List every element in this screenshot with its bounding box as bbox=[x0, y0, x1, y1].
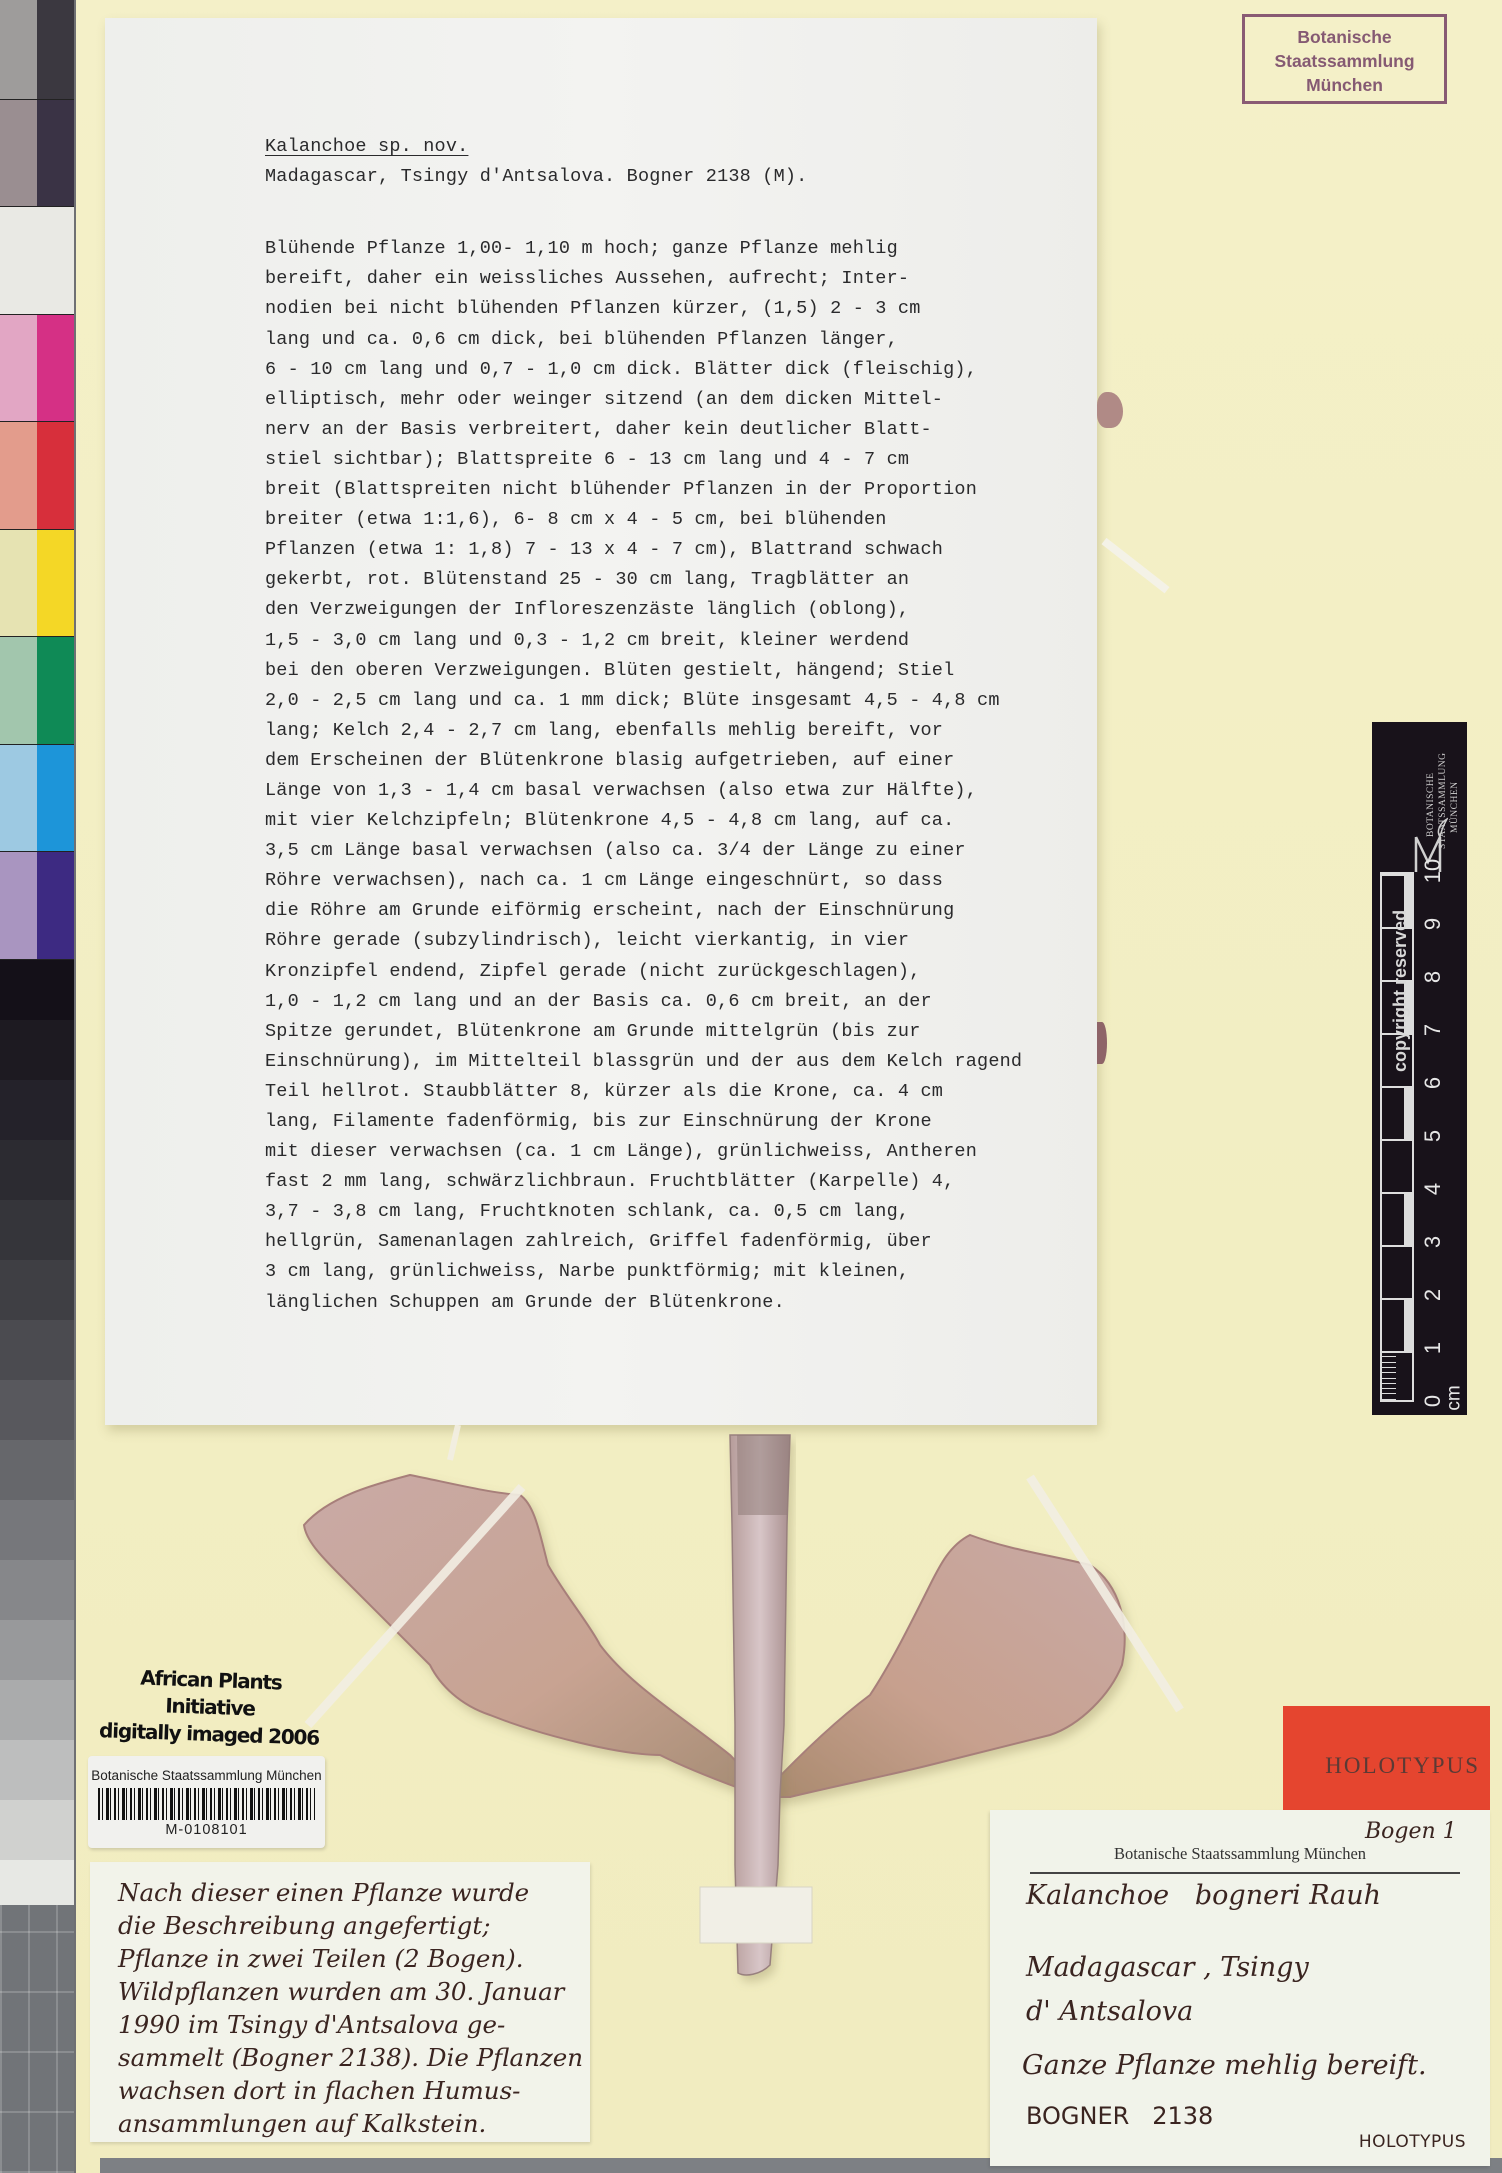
description-line: länglichen Schuppen am Grunde der Blüten… bbox=[265, 1288, 1085, 1318]
note-line: sammelt (Bogner 2138). Die Pflanzen bbox=[118, 2041, 583, 2074]
gray-step bbox=[0, 1560, 74, 1620]
description-line: nerv an der Basis verbreitert, daher kei… bbox=[265, 415, 1085, 445]
ruler-copyright: copyright reserved bbox=[1390, 910, 1411, 1072]
ruler-mm-tick bbox=[1382, 1378, 1396, 1379]
description-line: 2,0 - 2,5 cm lang und ca. 1 mm dick; Blü… bbox=[265, 686, 1085, 716]
ruler-tick-label: 3 bbox=[1420, 1227, 1446, 1257]
description-line: Teil hellrot. Staubblätter 8, kürzer als… bbox=[265, 1077, 1085, 1107]
stamp-line: München bbox=[1245, 73, 1444, 97]
description-line: Kronzipfel endend, Zipfel gerade (nicht … bbox=[265, 957, 1085, 987]
barcode-institution: Botanische Staatssammlung München bbox=[88, 1768, 325, 1783]
ruler-fill bbox=[1404, 1300, 1412, 1351]
description-line: breiter (etwa 1:1,6), 6- 8 cm x 4 - 5 cm… bbox=[265, 505, 1085, 535]
description-line: Spitze gerundet, Blütenkrone am Grunde m… bbox=[265, 1017, 1085, 1047]
description-line: den Verzweigungen der Infloreszenzäste l… bbox=[265, 595, 1085, 625]
label-note: Ganze Pflanze mehlig bereift. bbox=[1022, 2050, 1427, 2081]
ruler-fill bbox=[1404, 1247, 1412, 1298]
note-line: wachsen dort in flachen Humus- bbox=[118, 2074, 583, 2107]
description-line: elliptisch, mehr oder weinger sitzend (a… bbox=[265, 385, 1085, 415]
holotype-tag-label: HOLOTYPUS bbox=[1325, 1753, 1480, 1779]
description-line: Länge von 1,3 - 1,4 cm basal verwachsen … bbox=[265, 776, 1085, 806]
collector-number: BOGNER 2138 bbox=[1026, 2102, 1213, 2130]
description-line: Pflanzen (etwa 1: 1,8) 7 - 13 x 4 - 7 cm… bbox=[265, 535, 1085, 565]
description-line: 3,5 cm Länge basal verwachsen (also ca. … bbox=[265, 836, 1085, 866]
note-line: 1990 im Tsingy d'Antsalova ge- bbox=[118, 2008, 583, 2041]
gray-step bbox=[0, 1080, 74, 1140]
description-line: Einschnürung), im Mittelteil blassgrün u… bbox=[265, 1047, 1085, 1077]
holotype-tag: HOLOTYPUS bbox=[1283, 1706, 1490, 1810]
ruler-tick-label: 2 bbox=[1420, 1280, 1446, 1310]
ruler-tick-label: 10 bbox=[1420, 856, 1446, 886]
taxon-name: Kalanchoe bogneri Rauh bbox=[1026, 1880, 1381, 1911]
description-line: 6 - 10 cm lang und 0,7 - 1,0 cm dick. Bl… bbox=[265, 355, 1085, 385]
gray-step bbox=[0, 1380, 74, 1440]
gray-step bbox=[0, 1140, 74, 1200]
leaf-left bbox=[304, 1475, 758, 1795]
digitization-stamp-line: African Plants Initiative bbox=[100, 1663, 322, 1725]
scale-ruler: BOTANISCHE STAATSSAMMLUNG MÜNCHEN copyri… bbox=[1372, 722, 1467, 1415]
ruler-tick-label: 4 bbox=[1420, 1174, 1446, 1204]
ruler-tick-label: 1 bbox=[1420, 1333, 1446, 1363]
label-institution: Botanische Staatssammlung München bbox=[990, 1844, 1490, 1864]
color-calibration-strip bbox=[0, 0, 76, 2173]
stamp-line: Staatssammlung bbox=[1245, 49, 1444, 73]
ruler-unit: cm bbox=[1444, 1385, 1466, 1410]
digitization-stamp: African Plants Initiative digitally imag… bbox=[99, 1663, 322, 1752]
description-title: Kalanchoe sp. nov. bbox=[265, 136, 468, 157]
note-line: die Beschreibung angefertigt; bbox=[118, 1909, 583, 1942]
ruler-fill bbox=[1404, 1088, 1412, 1139]
description-line: 3 cm lang, grünlichweiss, Narbe punktför… bbox=[265, 1257, 1085, 1287]
description-body: Blühende Pflanze 1,00- 1,10 m hoch; ganz… bbox=[265, 234, 1085, 1317]
gray-step bbox=[0, 1260, 74, 1320]
determination-label: Bogen 1 Botanische Staatssammlung Münche… bbox=[990, 1810, 1490, 2166]
gray-step bbox=[0, 1620, 74, 1680]
description-line: lang; Kelch 2,4 - 2,7 cm lang, ebenfalls… bbox=[265, 716, 1085, 746]
description-line: breit (Blattspreiten nicht blühender Pfl… bbox=[265, 475, 1085, 505]
label-divider bbox=[1030, 1872, 1460, 1874]
catalog-number: M-0108101 bbox=[88, 1822, 325, 1838]
ruler-tick-label: 7 bbox=[1420, 1015, 1446, 1045]
ruler-tick-label: 0 bbox=[1420, 1386, 1446, 1416]
barcode-label: Botanische Staatssammlung München M-0108… bbox=[88, 1756, 325, 1848]
ruler-tick-label: 6 bbox=[1420, 1068, 1446, 1098]
description-line: dem Erscheinen der Blütenkrone blasig au… bbox=[265, 746, 1085, 776]
barcode-icon bbox=[98, 1788, 315, 1820]
description-line: 3,7 - 3,8 cm lang, Fruchtknoten schlank,… bbox=[265, 1197, 1085, 1227]
gray-step bbox=[0, 1680, 74, 1740]
gray-step bbox=[0, 960, 74, 1020]
ruler-fill bbox=[1404, 1141, 1412, 1192]
gray-step bbox=[0, 1320, 74, 1380]
ruler-fill bbox=[1404, 1353, 1412, 1404]
note-line: Nach dieser einen Pflanze wurde bbox=[118, 1876, 583, 1909]
stem-tape bbox=[700, 1887, 812, 1943]
ruler-tick-label: 9 bbox=[1420, 909, 1446, 939]
ruler-mm-tick bbox=[1382, 1367, 1396, 1368]
handwritten-note-label: Nach dieser einen Pflanze wurde die Besc… bbox=[90, 1862, 590, 2142]
description-locality: Madagascar, Tsingy d'Antsalova. Bogner 2… bbox=[265, 162, 1085, 192]
type-status: HOLOTYPUS bbox=[1359, 2132, 1466, 2152]
description-line: Röhre gerade (subzylindrisch), leicht vi… bbox=[265, 926, 1085, 956]
description-line: die Röhre am Grunde eiförmig erscheint, … bbox=[265, 896, 1085, 926]
note-line: Pflanze in zwei Teilen (2 Bogen). bbox=[118, 1942, 583, 1975]
locality-line: d' Antsalova bbox=[1026, 1996, 1193, 2027]
description-line: fast 2 mm lang, schwärzlichbraun. Frucht… bbox=[265, 1167, 1085, 1197]
institution-stamp: Botanische Staatssammlung München bbox=[1242, 14, 1447, 104]
ruler-mm-tick bbox=[1382, 1356, 1396, 1357]
gray-step bbox=[0, 1740, 74, 1800]
gray-step bbox=[0, 1860, 74, 1905]
ruler-mm-tick bbox=[1382, 1388, 1396, 1389]
note-line: Wildpflanzen wurden am 30. Januar bbox=[118, 1975, 583, 2008]
description-line: stiel sichtbar); Blattspreite 6 - 13 cm … bbox=[265, 445, 1085, 475]
handwritten-note-text: Nach dieser einen Pflanze wurde die Besc… bbox=[118, 1876, 583, 2140]
gray-step bbox=[0, 1200, 74, 1260]
description-line: nodien bei nicht blühenden Pflanzen kürz… bbox=[265, 294, 1085, 324]
gray-step bbox=[0, 1800, 74, 1860]
ruler-tick-label: 8 bbox=[1420, 962, 1446, 992]
description-line: mit vier Kelchzipfeln; Blütenkrone 4,5 -… bbox=[265, 806, 1085, 836]
ruler-mm-tick bbox=[1382, 1383, 1396, 1384]
description-line: lang und ca. 0,6 cm dick, bei blühenden … bbox=[265, 325, 1085, 355]
note-line: ansammlungen auf Kalkstein. bbox=[118, 2107, 583, 2140]
ruler-mm-tick bbox=[1382, 1399, 1396, 1400]
description-line: gekerbt, rot. Blütenstand 25 - 30 cm lan… bbox=[265, 565, 1085, 595]
locality-line: Madagascar , Tsingy bbox=[1026, 1952, 1309, 1983]
description-line: 1,5 - 3,0 cm lang und 0,3 - 1,2 cm breit… bbox=[265, 626, 1085, 656]
description-line: Röhre verwachsen), nach ca. 1 cm Länge e… bbox=[265, 866, 1085, 896]
ruler-tick-label: 5 bbox=[1420, 1121, 1446, 1151]
gray-step bbox=[0, 1020, 74, 1080]
description-line: lang, Filamente fadenförmig, bis zur Ein… bbox=[265, 1107, 1085, 1137]
calibration-grid bbox=[0, 1905, 74, 2173]
description-line: Blühende Pflanze 1,00- 1,10 m hoch; ganz… bbox=[265, 234, 1085, 264]
description-text: Kalanchoe sp. nov. Madagascar, Tsingy d'… bbox=[265, 132, 1085, 1318]
gray-step bbox=[0, 1500, 74, 1560]
leaf-fragment bbox=[1097, 1022, 1107, 1064]
sheet-number: Bogen 1 bbox=[1365, 1819, 1457, 1844]
ruler-institution-line: MÜNCHEN bbox=[1450, 781, 1460, 833]
ruler-mm-tick bbox=[1382, 1372, 1396, 1373]
leaf-right bbox=[760, 1535, 1125, 1797]
description-line: hellgrün, Samenanlagen zahlreich, Griffe… bbox=[265, 1227, 1085, 1257]
ruler-mm-tick bbox=[1382, 1362, 1396, 1363]
stamp-line: Botanische bbox=[1245, 25, 1444, 49]
description-line: bei den oberen Verzweigungen. Blüten ges… bbox=[265, 656, 1085, 686]
leaf-fragment bbox=[1097, 392, 1123, 428]
ruler-fill bbox=[1404, 1194, 1412, 1245]
description-line: mit dieser verwachsen (ca. 1 cm Länge), … bbox=[265, 1137, 1085, 1167]
typed-description-sheet: Kalanchoe sp. nov. Madagascar, Tsingy d'… bbox=[105, 18, 1097, 1425]
gray-step bbox=[0, 1440, 74, 1500]
description-line: 1,0 - 1,2 cm lang und an der Basis ca. 0… bbox=[265, 987, 1085, 1017]
ruler-mm-tick bbox=[1382, 1393, 1396, 1394]
description-line: bereift, daher ein weissliches Aussehen,… bbox=[265, 264, 1085, 294]
